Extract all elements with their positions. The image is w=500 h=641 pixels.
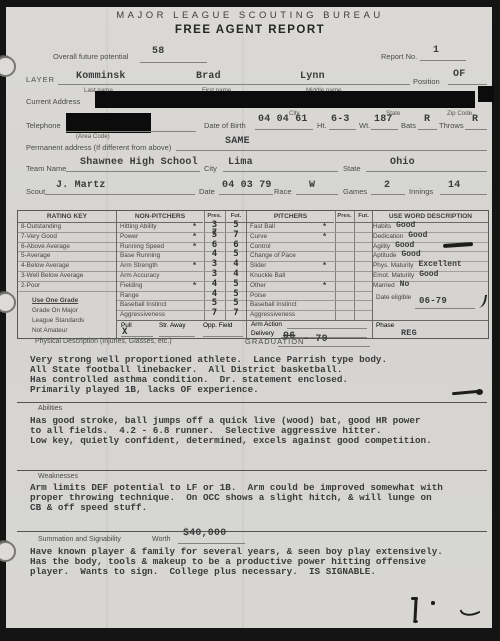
key-skill-star: * <box>323 281 326 291</box>
permanent-address-value: SAME <box>225 136 250 147</box>
pitch-label: Poise <box>247 292 266 299</box>
overall-potential-value: 58 <box>152 46 164 57</box>
straight-away-label: Str. Away <box>159 322 186 329</box>
rating-key-column: RATING KEY 8-Outstanding 7-Very Good 6-A… <box>18 211 116 338</box>
report-title: FREE AGENT REPORT <box>0 24 500 36</box>
rating-key-item: 5-Average <box>18 252 50 259</box>
games-value: 2 <box>384 180 390 191</box>
key-skill-star: * <box>193 261 196 271</box>
race-value: W <box>309 180 315 191</box>
word-value: No <box>400 280 410 289</box>
pen-mark <box>475 293 487 309</box>
grade-note-line: Grade On Major <box>32 307 78 314</box>
weight-value: 187 <box>374 114 393 125</box>
race-label: Race <box>274 187 292 196</box>
scanned-scouting-report: { "header": { "bureau": "MAJOR LEAGUE SC… <box>0 0 500 641</box>
team-state-value: Ohio <box>390 157 415 168</box>
word-label: Habits <box>373 223 391 230</box>
summation-label: Summation and Signability <box>38 536 121 543</box>
worth-label: Worth <box>152 536 171 543</box>
rating-key-item: 6-Above Average <box>18 243 70 250</box>
position-value: OF <box>453 69 465 80</box>
word-label: Dedication <box>373 233 403 240</box>
height-value: 6-3 <box>331 114 350 125</box>
report-no-label: Report No. <box>381 52 417 61</box>
permanent-address-label: Permanent address (If different from abo… <box>26 143 171 152</box>
word-label: Phys. Maturity <box>373 262 414 269</box>
overall-potential-label: Overall future potential <box>53 52 128 61</box>
underline <box>440 194 487 195</box>
physical-description-text: Very strong well proportioned athlete. L… <box>30 355 482 395</box>
pitch-label: Fast Ball <box>247 223 275 230</box>
opp-field-label: Opp. Field <box>203 322 232 329</box>
word-value: Good <box>395 241 414 250</box>
position-label: Position <box>413 77 440 86</box>
underline <box>58 84 410 85</box>
pitch-label: Aggressiveness <box>247 311 295 318</box>
rating-key-item: 2-Poor <box>18 282 40 289</box>
word-value: Good <box>419 270 438 279</box>
zip-caption: Zip Code <box>447 110 472 117</box>
underline <box>203 336 243 337</box>
underline <box>296 194 338 195</box>
physical-description-label: Physical Description (Injuries, Glasses,… <box>35 338 172 345</box>
word-label: Married <box>373 282 395 289</box>
key-skill-star: * <box>323 222 326 232</box>
skill-row: Aggressiveness77 <box>117 310 246 320</box>
summation-text: Have known player & family for several y… <box>30 547 482 577</box>
player-last-name: Komminsk <box>76 71 126 82</box>
date-eligible-value: 06-79 <box>419 296 447 306</box>
pitch-label: Change of Pace <box>247 252 296 259</box>
rating-key-item: 8-Outstanding <box>18 223 61 230</box>
bats-label: Bats <box>401 121 416 130</box>
underline <box>287 328 367 329</box>
graduation-month: 06 <box>283 331 295 342</box>
underline <box>223 171 338 172</box>
bureau-title: MAJOR LEAGUE SCOUTING BUREAU <box>0 10 500 21</box>
underline <box>278 346 370 347</box>
phase-band: Phase REG <box>373 320 488 338</box>
pitch-label: Control <box>247 243 271 250</box>
scan-artifact <box>478 86 494 102</box>
present-grade: 7 <box>204 309 225 319</box>
word-value: Excellent <box>419 260 462 269</box>
skill-label: Running Speed <box>117 243 164 250</box>
word-description-column: USE WORD DESCRIPTION HabitsGood Dedicati… <box>372 211 488 338</box>
word-value: Good <box>401 250 420 259</box>
date-eligible-label: Date eligible <box>376 294 411 301</box>
pen-mark-dot <box>431 601 435 605</box>
throws-value: R <box>472 114 478 125</box>
spray-chart-band: Pull Str. Away Opp. Field X <box>117 320 246 338</box>
pitch-label: Other <box>247 282 266 289</box>
skill-label: Fielding <box>117 282 142 289</box>
underline <box>366 171 487 172</box>
underline <box>415 308 475 309</box>
underline <box>219 194 273 195</box>
telephone-label: Telephone <box>26 121 61 130</box>
underline <box>371 194 405 195</box>
rating-key-item: 3-Well Below Average <box>18 272 83 279</box>
pen-mark-margin-blob <box>476 389 483 395</box>
weaknesses-text: Arm limits DEF potential to LF or 1B. Ar… <box>30 483 482 513</box>
section-divider <box>17 531 487 532</box>
weight-label: Wt. <box>359 121 370 130</box>
key-skill-star: * <box>193 242 196 252</box>
date-value: 04 03 79 <box>222 180 272 191</box>
word-label: Agility <box>373 243 390 250</box>
pitchers-column: PITCHERS Pres. Fut. Fast Ball* Curve* Co… <box>246 211 372 338</box>
overstruck-grade: 7 <box>204 229 225 239</box>
pen-mark-bracket-top <box>411 597 418 600</box>
key-skill-star: * <box>323 232 326 242</box>
skill-label: Base Running <box>117 252 160 259</box>
underline <box>178 543 245 544</box>
team-city-value: Lima <box>228 157 253 168</box>
rating-key-item: 7-Very Good <box>18 233 57 240</box>
pen-mark-bracket-foot <box>413 620 418 623</box>
arm-action-label: Arm Action <box>251 321 282 328</box>
underline <box>66 131 196 132</box>
section-divider <box>17 470 487 471</box>
non-pitchers-column: NON-PITCHERS Pres. Fut. Hitting Ability*… <box>116 211 246 338</box>
skill-label: Arm Strength <box>117 262 158 269</box>
skill-label: Range <box>117 292 139 299</box>
underline <box>420 60 466 61</box>
key-skill-star: * <box>193 281 196 291</box>
dob-label: Date of Birth <box>204 121 246 130</box>
innings-value: 14 <box>448 180 460 191</box>
skill-label: Baseball Instinct <box>117 301 167 308</box>
grade-note-line: Use One Grade <box>32 297 78 304</box>
pitch-label: Curve <box>247 233 267 240</box>
graduation-label: GRADUATION <box>245 337 304 346</box>
skill-label: Power <box>117 233 138 240</box>
underline <box>255 129 313 130</box>
underline <box>121 336 153 337</box>
underline <box>418 129 437 130</box>
underline <box>45 194 195 195</box>
underline <box>140 62 207 63</box>
delivery-label: Delivery <box>251 330 274 337</box>
redaction-bar-address <box>95 91 475 108</box>
underline <box>371 129 398 130</box>
area-code-caption: (Area Code) <box>76 133 110 140</box>
underline <box>448 84 487 85</box>
throws-label: Throws <box>439 121 464 130</box>
word-label: Emot. Maturity <box>373 272 414 279</box>
grade-note-line: Not Amateur <box>32 327 68 334</box>
skill-label: Arm Accuracy <box>117 272 159 279</box>
bats-value: R <box>424 114 430 125</box>
height-label: Ht. <box>317 121 327 130</box>
grade-note-line: League Standards <box>32 317 84 324</box>
date-label: Date <box>199 187 215 196</box>
key-skill-star: * <box>193 222 196 232</box>
pitch-row: Aggressiveness <box>247 310 372 320</box>
underline <box>159 336 195 337</box>
phase-label: Phase <box>376 322 394 329</box>
key-skill-star: * <box>323 261 326 271</box>
abilities-label: Abilities <box>38 405 62 412</box>
games-label: Games <box>343 187 367 196</box>
underline <box>465 129 487 130</box>
underline <box>176 150 487 151</box>
rating-key-item: 4-Below Average <box>18 262 69 269</box>
phase-value: REG <box>401 328 417 338</box>
pitch-label: Knuckle Ball <box>247 272 285 279</box>
worth-value: $40,000 <box>183 528 226 539</box>
future-grade: 7 <box>225 309 247 319</box>
team-city-label: City <box>204 164 217 173</box>
report-no-value: 1 <box>433 45 439 56</box>
word-label: Aptitude <box>373 252 396 259</box>
dob-value: 04 04 61 <box>258 114 308 125</box>
section-divider <box>17 402 487 403</box>
pitch-label: Baseball Instinct <box>247 301 297 308</box>
team-name-label: Team Name <box>26 164 66 173</box>
word-value: Good <box>408 231 427 240</box>
graduation-year: - 79 <box>303 334 328 345</box>
underline <box>66 171 200 172</box>
word-row: MarriedNo <box>373 281 488 291</box>
pitch-label: Slider <box>247 262 266 269</box>
innings-label: Innings <box>409 187 433 196</box>
scout-label: Scout <box>26 187 45 196</box>
team-state-label: State <box>343 164 361 173</box>
player-first-name: Brad <box>196 71 221 82</box>
abilities-text: Has good stroke, ball jumps off a quick … <box>30 416 482 446</box>
player-middle-name: Lynn <box>300 71 325 82</box>
underline <box>329 129 356 130</box>
word-value: Good <box>396 221 415 230</box>
redaction-bar-telephone <box>66 113 151 133</box>
weaknesses-label: Weaknesses <box>38 473 78 480</box>
team-name-value: Shawnee High School <box>80 157 198 168</box>
scout-value: J. Martz <box>56 180 106 191</box>
rating-table: RATING KEY 8-Outstanding 7-Very Good 6-A… <box>17 210 489 339</box>
current-address-label: Current Address <box>26 97 80 106</box>
skill-label: Aggressiveness <box>117 311 165 318</box>
skill-label: Hitting Ability <box>117 223 157 230</box>
key-skill-star: * <box>193 232 196 242</box>
player-label: LAYER <box>26 75 55 84</box>
